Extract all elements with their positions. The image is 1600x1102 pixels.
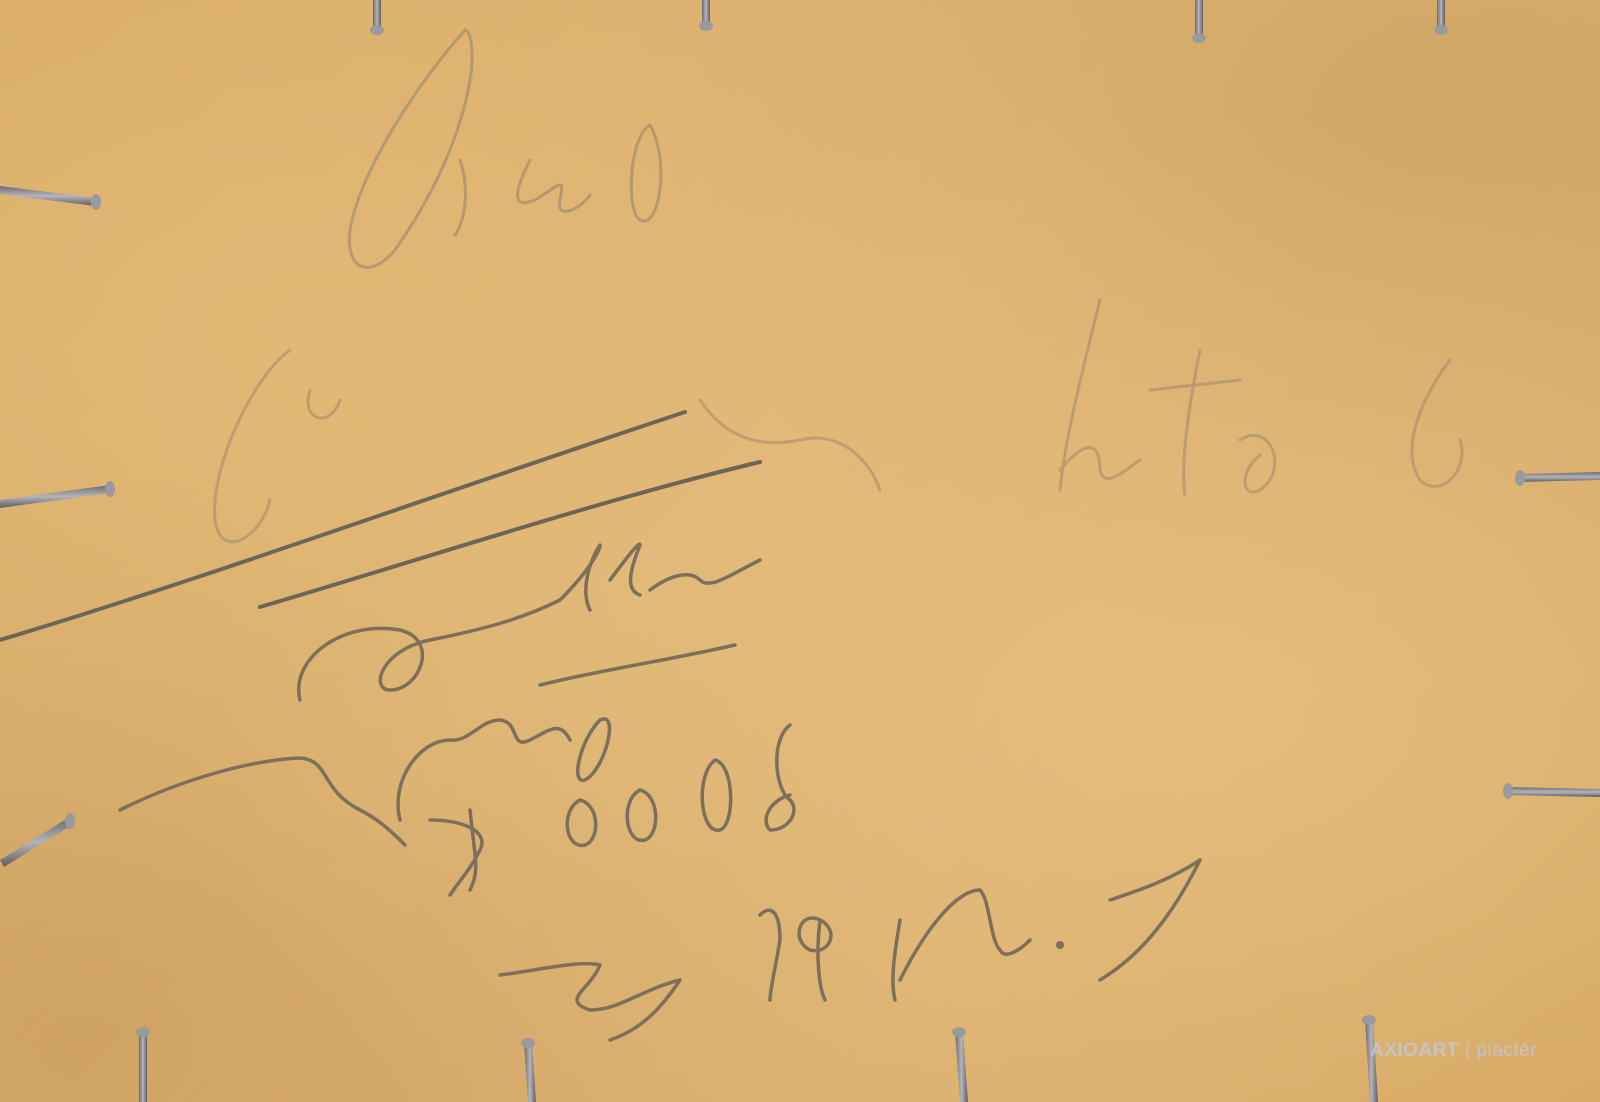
nail-right-1 xyxy=(1515,470,1600,486)
nail-top-2 xyxy=(699,0,713,31)
nail-bottom-3 xyxy=(952,1027,968,1102)
watermark: AXIOART|piactér xyxy=(1370,1040,1537,1062)
nail-top-3 xyxy=(1192,0,1206,43)
watermark-separator: | xyxy=(1465,1040,1470,1061)
nail-right-2 xyxy=(1503,783,1600,799)
watermark-subtitle: piactér xyxy=(1476,1040,1537,1061)
nail-bottom-2 xyxy=(521,1038,536,1102)
nail-left-3 xyxy=(0,813,75,867)
watermark-brand: AXIOART xyxy=(1370,1040,1459,1061)
nail-bottom-1 xyxy=(136,1027,150,1102)
nail-top-1 xyxy=(370,0,384,35)
nails-layer xyxy=(0,0,1600,1102)
nail-left-1 xyxy=(0,186,101,210)
nail-top-4 xyxy=(1434,0,1448,35)
nail-left-2 xyxy=(0,481,115,508)
